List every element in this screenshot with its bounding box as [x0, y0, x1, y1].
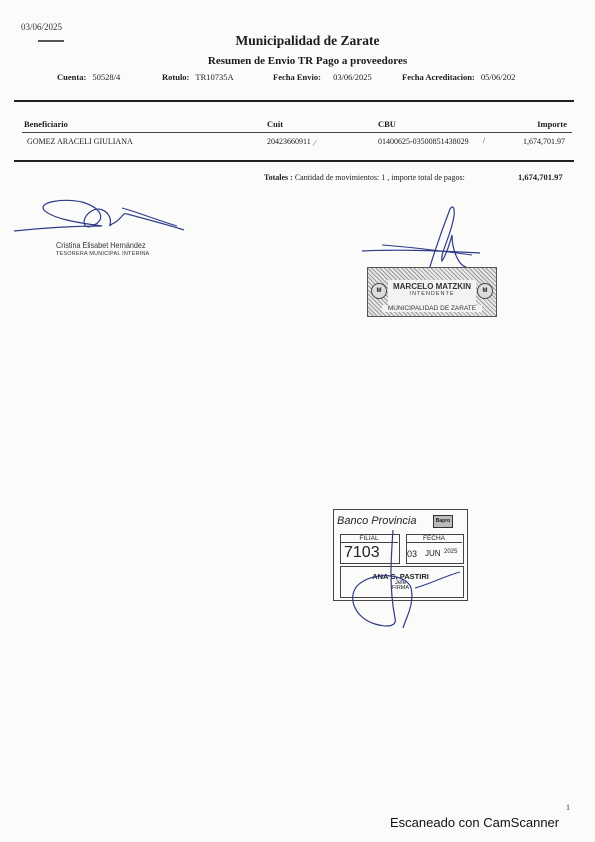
meta-cuenta: Cuenta: 50528/4 [57, 72, 120, 82]
camscanner-watermark: Escaneado con CamScanner [390, 815, 559, 830]
bank-logo-icon: Bapro [433, 515, 453, 528]
cell-beneficiario: GOMEZ ARACELI GIULIANA [27, 137, 133, 146]
cell-cuit: 20423660911 [267, 137, 311, 146]
seal-icon: M [371, 283, 387, 299]
fecha-acreditacion-label: Fecha Acreditacion: [402, 72, 475, 82]
cell-cbu: 01400625-03500851438029 [378, 137, 469, 146]
table-bottom-divider [14, 160, 574, 162]
seal-icon: M [477, 283, 493, 299]
divider [14, 100, 574, 102]
page-title: Municipalidad de Zarate [0, 33, 595, 49]
treasurer-name: Cristina Elisabet Hernández [56, 240, 146, 250]
bank-name: Banco Provincia [337, 515, 417, 527]
meta-fecha-envio: Fecha Envio: 03/06/2025 [273, 72, 372, 82]
treasurer-role: TESORERA MUNICIPAL INTERINA [56, 251, 149, 257]
col-importe: Importe [537, 119, 567, 129]
meta-rotulo: Rotulo: TR10735A [162, 72, 234, 82]
check-mark-icon: / [483, 136, 485, 145]
rotulo-label: Rotulo: [162, 72, 189, 82]
fecha-acreditacion-value: 05/06/202 [481, 72, 515, 82]
mayor-name: MARCELO MATZKIN [388, 282, 476, 291]
totals-label: Totales : [264, 173, 293, 182]
mayor-stamp: M M MARCELO MATZKIN INTENDENTE MUNICIPAL… [367, 267, 497, 317]
mayor-role: INTENDENTE [388, 291, 476, 297]
rotulo-value: TR10735A [195, 72, 233, 82]
cuenta-value: 50528/4 [92, 72, 120, 82]
check-mark-icon: ⁄ [314, 139, 315, 148]
signature-bank-icon [345, 528, 465, 633]
col-beneficiario: Beneficiario [24, 119, 68, 129]
print-date: 03/06/2025 [21, 22, 62, 32]
totals-text: Cantidad de movimientos: 1 , importe tot… [295, 173, 465, 182]
meta-fecha-acreditacion: Fecha Acreditacion: 05/06/202 [402, 72, 515, 82]
signature-treasurer-icon [12, 190, 187, 240]
fecha-envio-value: 03/06/2025 [333, 72, 372, 82]
totals-value: 1,674,701.97 [518, 172, 563, 182]
scan-mark: 1 [566, 803, 570, 812]
mayor-org: MUNICIPALIDAD DE ZARATE [382, 305, 482, 312]
col-cuit: Cuit [267, 119, 283, 129]
header-divider [22, 132, 572, 133]
fecha-envio-label: Fecha Envio: [273, 72, 321, 82]
page-subtitle: Resumen de Envio TR Pago a proveedores [0, 55, 595, 67]
cuenta-label: Cuenta: [57, 72, 86, 82]
cell-importe: 1,674,701.97 [523, 137, 565, 146]
totals-line: Totales : Cantidad de movimientos: 1 , i… [264, 173, 465, 182]
col-cbu: CBU [378, 119, 396, 129]
